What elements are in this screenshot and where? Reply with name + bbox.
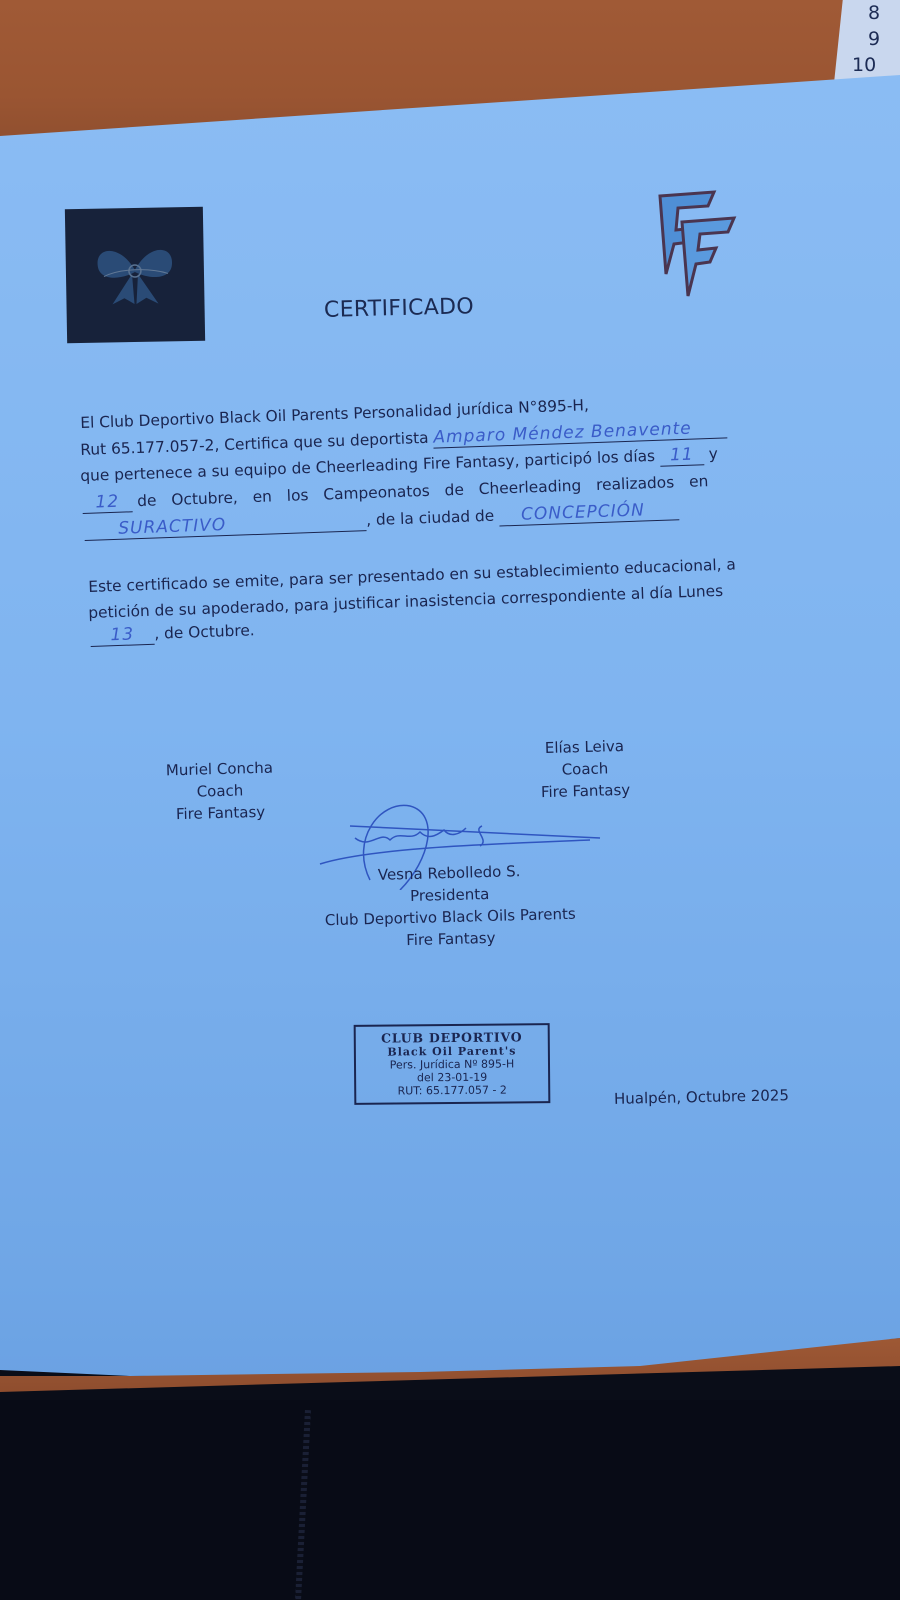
body-text: , de la ciudad de — [366, 507, 495, 529]
absence-day-field: 13 — [90, 624, 155, 647]
bow-icon — [89, 237, 180, 309]
signatory-vesna-rebolledo: Vesna Rebolledo S. Presidenta Club Depor… — [309, 858, 591, 953]
signatory-org: Fire Fantasy — [160, 800, 281, 825]
city: CONCEPCIÓN — [521, 500, 645, 524]
day-1-field: 11 — [660, 444, 705, 467]
club-bow-logo — [65, 207, 205, 343]
side-sheet-number: 9 — [868, 28, 880, 50]
dark-fabric — [0, 1400, 900, 1600]
venue: SURACTIVO — [118, 515, 227, 539]
stamp-line: RUT: 65.177.057 - 2 — [356, 1083, 548, 1098]
club-stamp: CLUB DEPORTIVO Black Oil Parent's Pers. … — [354, 1023, 551, 1105]
signatory-role: Coach — [160, 778, 281, 803]
signatory-muriel-concha: Muriel Concha Coach Fire Fantasy — [159, 756, 281, 825]
signatory-role: Coach — [530, 757, 641, 782]
day-2-field: 12 — [82, 491, 133, 514]
side-sheet-number: 8 — [868, 2, 880, 24]
signatory-name: Muriel Concha — [159, 756, 280, 781]
place-and-date: Hualpén, Octubre 2025 — [614, 1086, 789, 1108]
signatory-name: Elías Leiva — [529, 735, 640, 760]
side-sheet-number: 10 — [852, 54, 876, 76]
body-text: y — [708, 445, 718, 463]
certificate-title: CERTIFICADO — [324, 294, 475, 323]
stamp-line: CLUB DEPORTIVO — [356, 1029, 548, 1046]
body-text: , de Octubre. — [154, 621, 255, 642]
signatory-elias-leiva: Elías Leiva Coach Fire Fantasy — [529, 735, 641, 804]
fire-fantasy-ff-logo — [652, 188, 742, 298]
